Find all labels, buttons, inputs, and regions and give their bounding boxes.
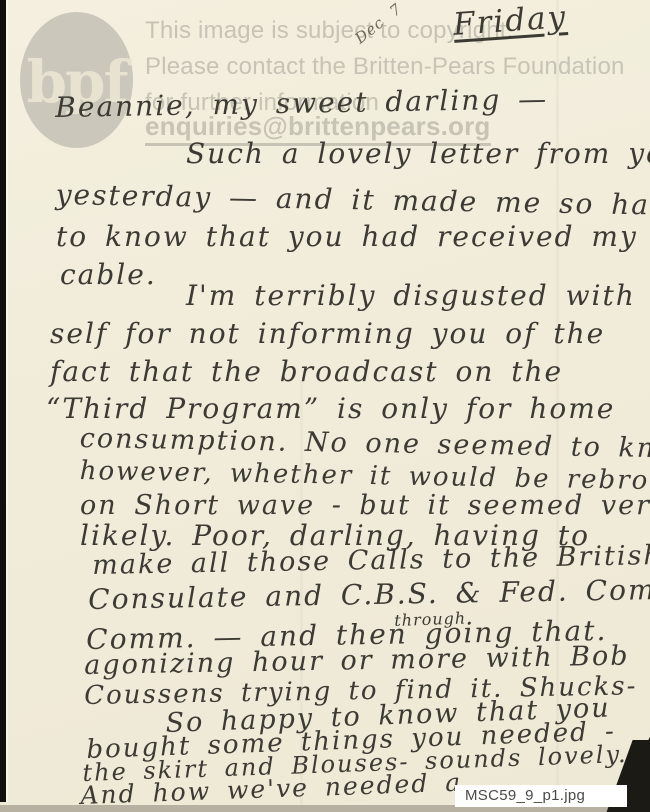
letter-line: “Third Program” is only for home xyxy=(46,393,615,425)
filename-label: MSC59_9_p1.jpg xyxy=(455,785,627,807)
letter-line: to know that you had received my xyxy=(56,221,638,253)
scanned-letter-page: bpf This image is subject to copyright. … xyxy=(0,0,650,812)
letter-line: self for not informing you of the xyxy=(50,318,605,350)
letter-line: cable. xyxy=(60,259,157,291)
letter-line: on Short wave - but it seemed very un- xyxy=(80,490,650,521)
letter-paper: bpf This image is subject to copyright. … xyxy=(0,0,650,805)
letter-line: yesterday — and it made me so happy xyxy=(55,179,650,223)
letter-line: Consulate and C.B.S. & Fed. Comm. xyxy=(88,573,650,616)
letter-line: I'm terribly disgusted with my- xyxy=(186,280,650,312)
letter-line: fact that the broadcast on the xyxy=(50,356,563,388)
bpf-logo: bpf xyxy=(20,12,133,148)
handwritten-date-header: Friday xyxy=(452,0,568,44)
paper-edge-highlight xyxy=(6,0,8,802)
watermark-line: Please contact the Britten-Pears Foundat… xyxy=(145,53,625,81)
letter-line: Such a lovely letter from you xyxy=(186,138,650,170)
